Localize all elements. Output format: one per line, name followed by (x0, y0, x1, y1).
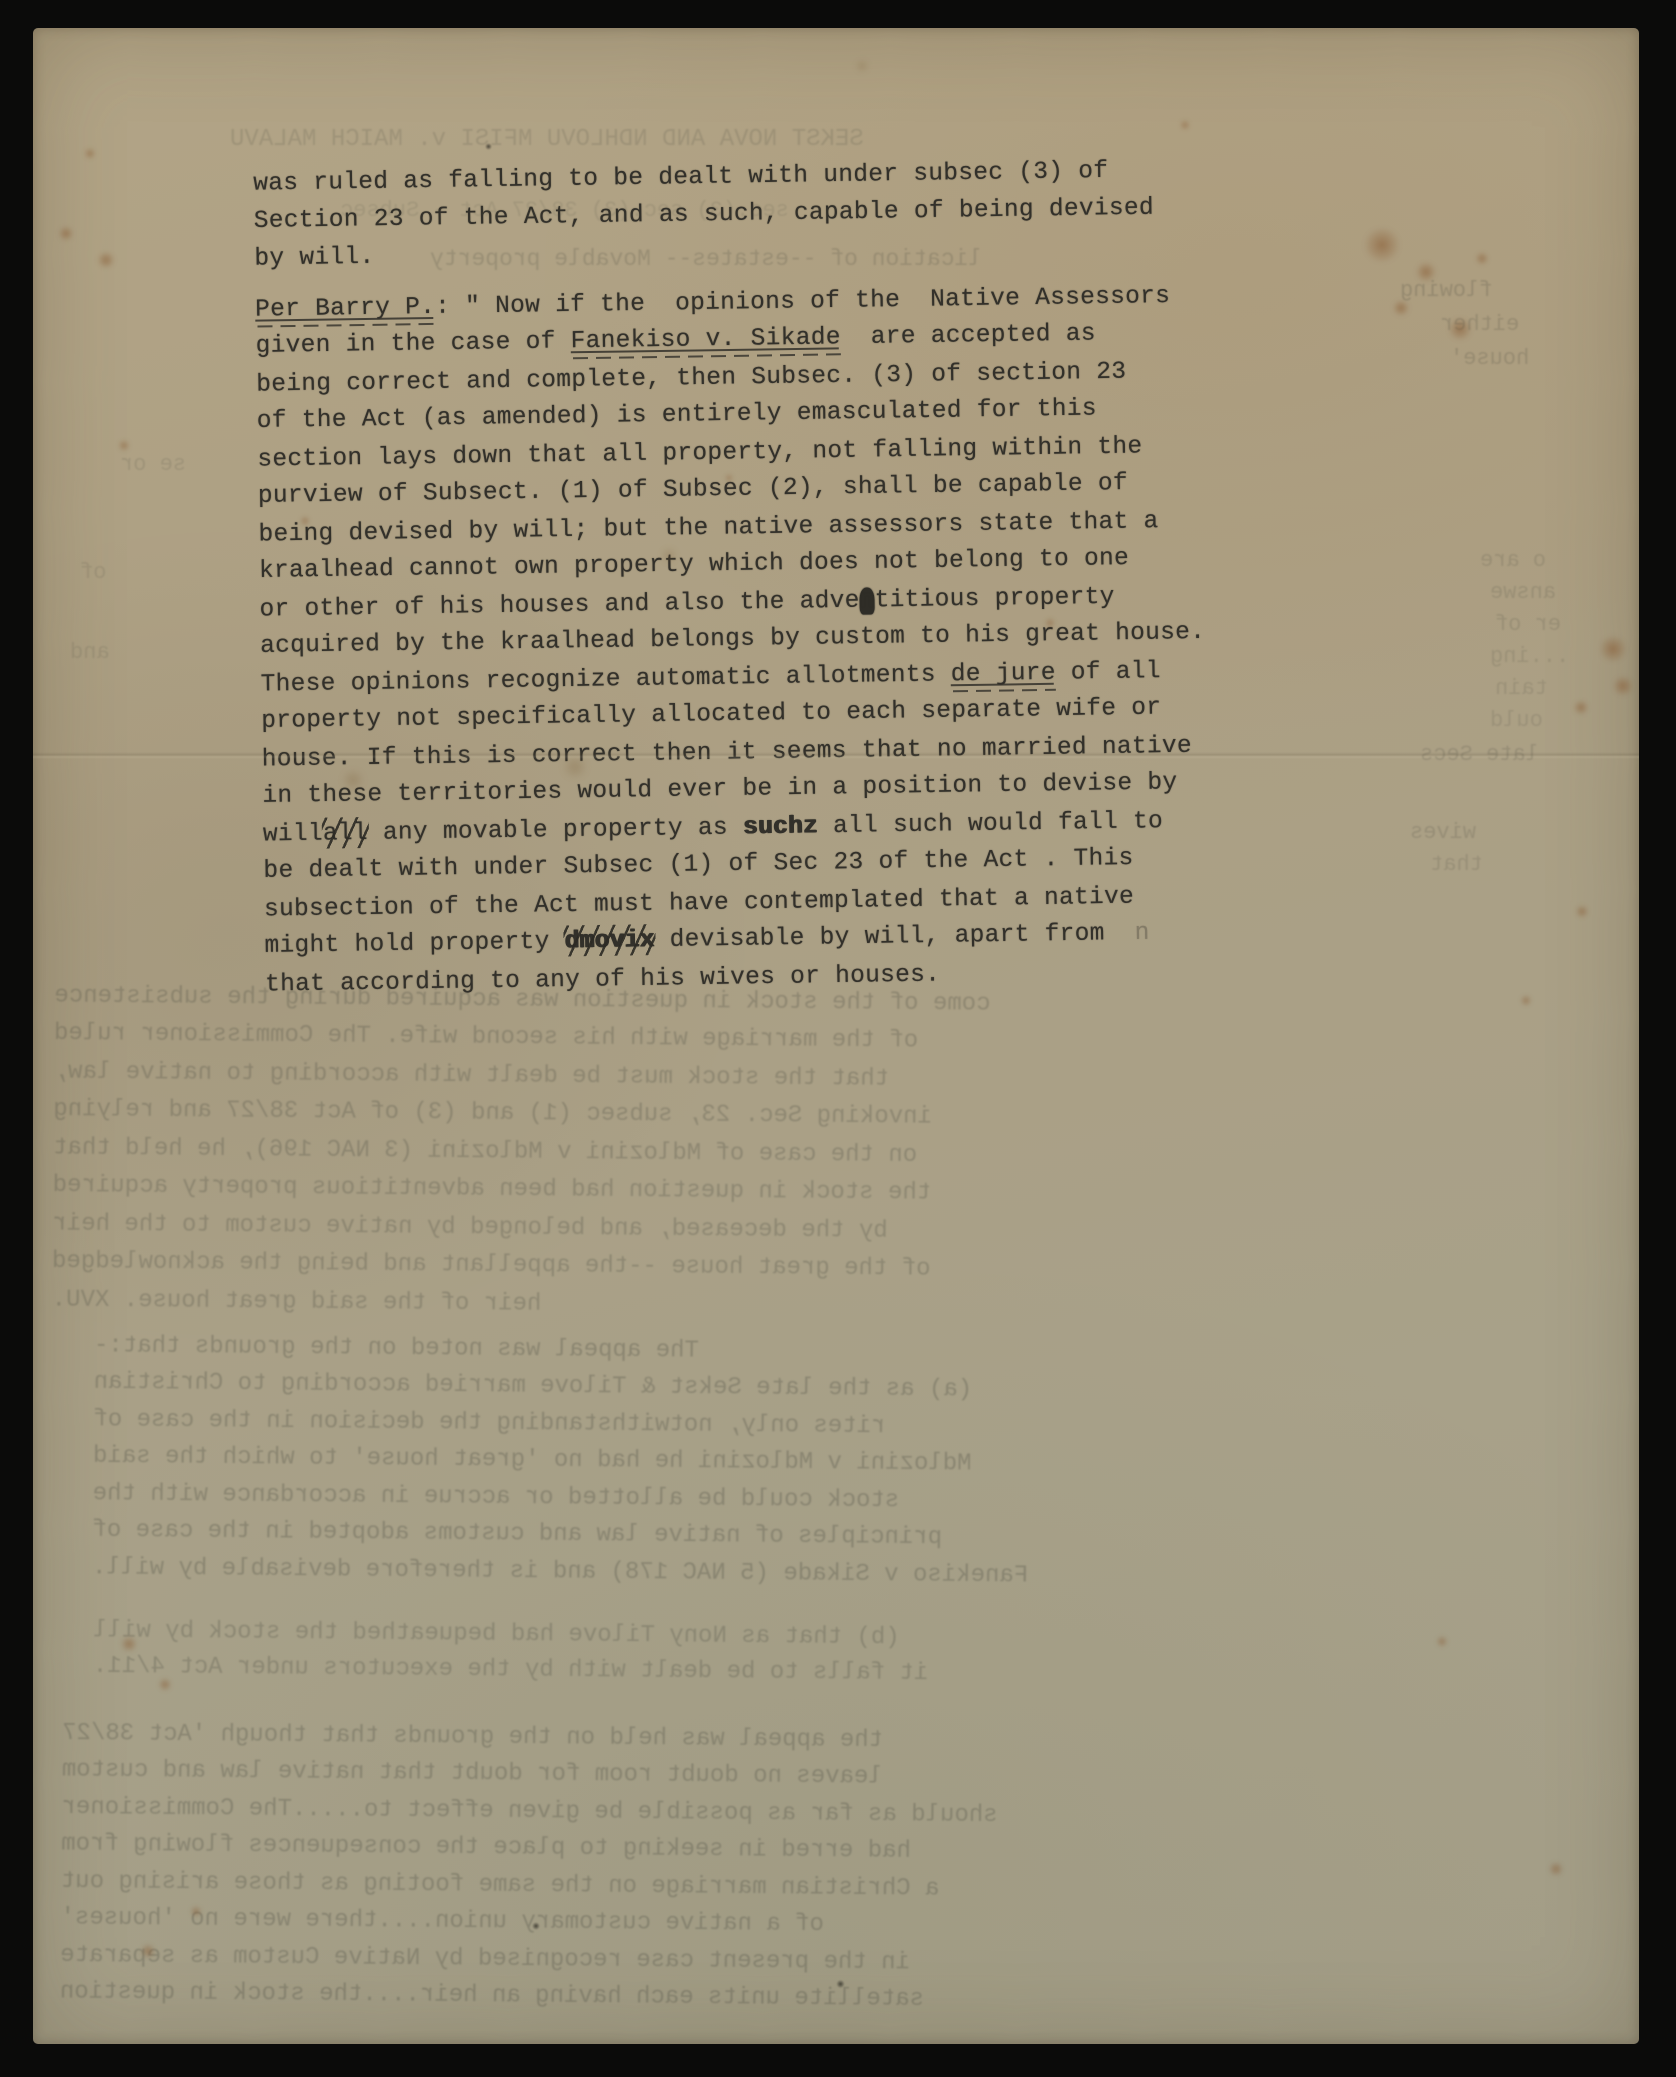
stain (300, 516, 310, 526)
text-segment: subsection of the Act must have contempl… (264, 883, 1134, 923)
text-segment: The appeal was noted on the grounds that… (94, 1332, 699, 1364)
ghost-fragment: er of (1495, 612, 1561, 637)
text-segment: These opinions recognize automatic allot… (261, 661, 951, 698)
text-segment: being correct and complete, then Subsec.… (256, 358, 1126, 398)
ghost-fragment: ould (1490, 708, 1543, 733)
ink-speck (836, 1980, 845, 1988)
text-segment: the appeal was held on the grounds that … (62, 1720, 883, 1754)
text-segment: titious property (874, 583, 1114, 614)
stain (1520, 995, 1532, 1006)
text-segment: will (263, 820, 323, 848)
text-segment: Fanekiso v. Sikade (571, 324, 841, 355)
text-segment: or other of his houses and also the adve (259, 587, 859, 623)
ink-speck (532, 1922, 540, 1930)
ghost-fragment: answe (1490, 580, 1556, 605)
text-segment: rites only, notwithstanding the decision… (93, 1406, 885, 1440)
text-segment: a Christian marriage on the same footing… (61, 1868, 940, 1903)
text-segment: Fanekiso v Sikade (5 NAC 178) and is the… (92, 1554, 1028, 1589)
text-segment: devisable by will, apart from (654, 920, 1104, 954)
ghost-paragraph-grounds: The appeal was noted on the grounds that… (92, 1327, 1284, 1596)
ghost-fragment: of (80, 560, 106, 585)
text-segment: : " Now if the opinions of the Native As… (435, 283, 1170, 321)
text-segment: of a native customary union....there wer… (60, 1904, 824, 1938)
ghost-fragment: o are (1480, 548, 1546, 573)
text-segment: dmovix (564, 927, 654, 955)
stain (58, 226, 74, 241)
text-segment: section lays down that all property, not… (257, 433, 1142, 473)
stain (120, 1636, 138, 1652)
stain (1598, 636, 1628, 662)
text-segment: principles of native law and customs ado… (92, 1517, 942, 1551)
text-segment: (b) that as Nony Tilove had bequeathed t… (93, 1617, 900, 1651)
stain (560, 756, 590, 778)
ghost-fragment: lication of --estates-- Movable property (430, 246, 982, 272)
text-segment: (a) as the late Sekst & Tilove married a… (94, 1369, 973, 1404)
paragraph-per-barry: Per Barry P.: " Now if the opinions of t… (255, 270, 1639, 1003)
stain (1612, 676, 1634, 696)
ghost-fragment: that (1430, 852, 1483, 877)
text-segment: by will. (254, 244, 374, 273)
stain (1045, 618, 1055, 628)
text-segment: any movable property as (368, 814, 743, 847)
text-segment: satellite units each having an heir....t… (60, 1978, 924, 2013)
ghost-fragment: house' (1450, 346, 1529, 371)
ghost-fragment: SEKST NOVA AND NDHLOVU MFISI v. MAICH MA… (230, 126, 864, 153)
text-segment: that the stock must be dealt with accord… (54, 1059, 890, 1093)
text-segment: invoking Sec. 23, subsec (1) and (3) of … (53, 1096, 932, 1131)
stain (84, 148, 96, 159)
text-segment: de jure (951, 659, 1056, 688)
stain (1575, 905, 1589, 918)
text-segment: on the case of Mdlozini v Mdlozini (3 NA… (53, 1135, 917, 1170)
text-segment: by the deceased, and belonged by native … (52, 1211, 888, 1245)
stain (340, 770, 366, 790)
ghost-fragment: tain (1495, 676, 1548, 701)
stain (96, 252, 116, 268)
text-segment: all such would fall to (818, 808, 1163, 840)
ghost-fragment: late Secs (1420, 742, 1539, 767)
text-segment: n (1104, 920, 1149, 948)
text-segment: in the present case recognised by Native… (60, 1942, 910, 1976)
paper-page: come of the stock in question was acquir… (33, 28, 1639, 2044)
text-segment: being devised by will; but the native as… (258, 508, 1158, 548)
text-segment: Mdlozini v Mdlozini he had no 'great hou… (93, 1443, 972, 1478)
ghost-paragraph-facts: come of the stock in question was acquir… (52, 977, 1205, 1329)
text-segment: given in the case of (255, 328, 570, 360)
ghost-paragraph-ground-b: (b) that as Nony Tilove had bequeathed t… (93, 1613, 1284, 1695)
paper-crease (33, 752, 1639, 759)
stain (1180, 120, 1190, 130)
ghost-fragment: se or (120, 452, 186, 477)
ghost-fragment: wives (1410, 820, 1476, 845)
stain (855, 60, 869, 72)
text-segment: stock could be allotted or accrue in acc… (93, 1480, 900, 1514)
text-segment: of all (1056, 658, 1161, 687)
text-segment: all (323, 819, 368, 847)
text-segment: that according to any of his wives or ho… (265, 961, 940, 998)
text-segment: might hold property (264, 928, 564, 959)
text-segment: was ruled as falling to be dealt with un… (253, 158, 1108, 198)
stain (118, 440, 130, 451)
stain (725, 474, 733, 482)
stain (1573, 700, 1589, 715)
stain (140, 1944, 156, 1958)
text-segment: leaves no doubt room for doubt that nati… (62, 1756, 883, 1790)
stain (158, 1678, 172, 1691)
text-segment: are accepted as (841, 321, 1096, 352)
text-segment: Per Barry P. (255, 293, 435, 323)
ghost-fragment: and (70, 640, 110, 665)
ghost-fragment: sec.(3) sec.(3) 38/27 Act - Subsec (340, 198, 789, 223)
text-segment: of the marriage with his second wife. Th… (54, 1020, 918, 1055)
stain (1362, 228, 1402, 262)
ghost-paragraph-held: the appeal was held on the grounds that … (60, 1714, 1333, 2021)
text-segment: suchz (743, 813, 818, 841)
text-segment: should as far as possible be given effec… (61, 1794, 997, 1829)
ghost-fragment: either (1440, 312, 1519, 337)
stain (1436, 1636, 1448, 1647)
text-segment: n (859, 587, 874, 614)
ghost-fragment: flowing (1400, 278, 1492, 303)
ghost-fragment: ...ing (1490, 644, 1569, 669)
text-segment: of the great house --the appellant and b… (52, 1248, 931, 1283)
stain (1475, 252, 1489, 265)
text-segment: it falls to be dealt with by the executo… (93, 1653, 929, 1687)
stain (190, 1906, 202, 1917)
text-segment: the stock in question had been adventiti… (53, 1172, 932, 1207)
text-segment: had erred in seeking to place the conseq… (61, 1830, 911, 1864)
scan-background: come of the stock in question was acquir… (0, 0, 1676, 2077)
stain (1548, 1862, 1564, 1876)
text-segment: heir of the said great house. XVU. (52, 1287, 542, 1318)
stain (660, 548, 678, 563)
